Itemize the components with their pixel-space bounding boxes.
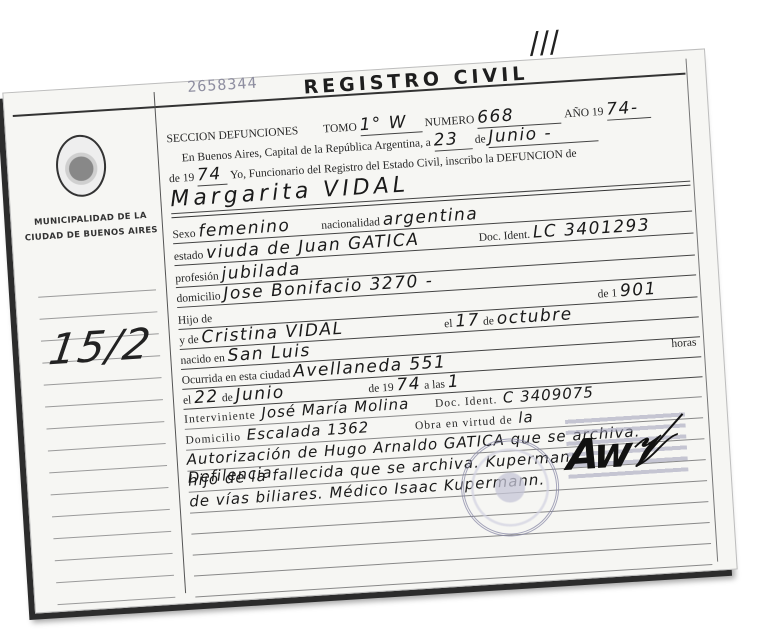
birth-year-label: de 1 — [597, 287, 617, 300]
interviniente-label: Interviniente — [184, 409, 256, 425]
ano-label: AÑO 19 — [564, 106, 604, 120]
death-el-label: el — [183, 394, 192, 406]
death-year-value: 74 — [396, 374, 422, 396]
a-las-label: a las — [424, 378, 445, 391]
year-prefix: de 19 — [169, 172, 195, 186]
birth-el-label: el — [444, 318, 453, 330]
hijo-label: Hijo de — [178, 313, 213, 327]
document-title: REGISTRO CIVIL — [303, 63, 529, 99]
numero-label: NUMERO — [424, 114, 474, 129]
horas-label: horas — [671, 337, 697, 351]
estado-label: estado — [174, 249, 204, 263]
obra-label: Obra en virtud de — [415, 414, 513, 432]
domicilio-label: domicilio — [176, 290, 221, 305]
death-year-label: de 19 — [368, 382, 394, 396]
sexo-label: Sexo — [172, 228, 196, 241]
top-scribble: /// — [528, 25, 560, 62]
death-day-value: 22 — [194, 387, 220, 409]
death-de-label: de — [222, 392, 234, 405]
tomo-label: TOMO — [323, 121, 357, 135]
obra-value: la — [518, 408, 534, 427]
death-certificate-sheet: MUNICIPALIDAD DE LA CIUDAD DE BUENOS AIR… — [2, 48, 737, 613]
narrative-block: Interviniente José María Molina Doc. Ide… — [184, 376, 713, 597]
nacido-label: nacido en — [180, 352, 225, 367]
coat-of-arms-icon — [54, 133, 108, 198]
interviniente-doc-label: Doc. Ident. — [435, 394, 498, 410]
serial-number: 2658344 — [187, 74, 258, 96]
nacionalidad-label: nacionalidad — [321, 216, 380, 232]
profesion-label: profesión — [175, 270, 219, 285]
birth-year-value: 901 — [619, 279, 657, 301]
doc-label: Doc. Ident. — [478, 229, 530, 244]
margin-note: 15/2 — [46, 318, 155, 374]
certificate-stub: MUNICIPALIDAD DE LA CIUDAD DE BUENOS AIR… — [5, 108, 186, 612]
domicilio2-label: Domicilio — [185, 431, 241, 446]
a-las-value: 1 — [447, 371, 461, 392]
y-de-label: y de — [179, 334, 199, 347]
birth-de-label: de — [483, 315, 495, 328]
de-label: de — [474, 133, 486, 146]
birth-day-value: 17 — [455, 310, 481, 332]
municipality-label: MUNICIPALIDAD DE LA CIUDAD DE BUENOS AIR… — [21, 208, 161, 247]
